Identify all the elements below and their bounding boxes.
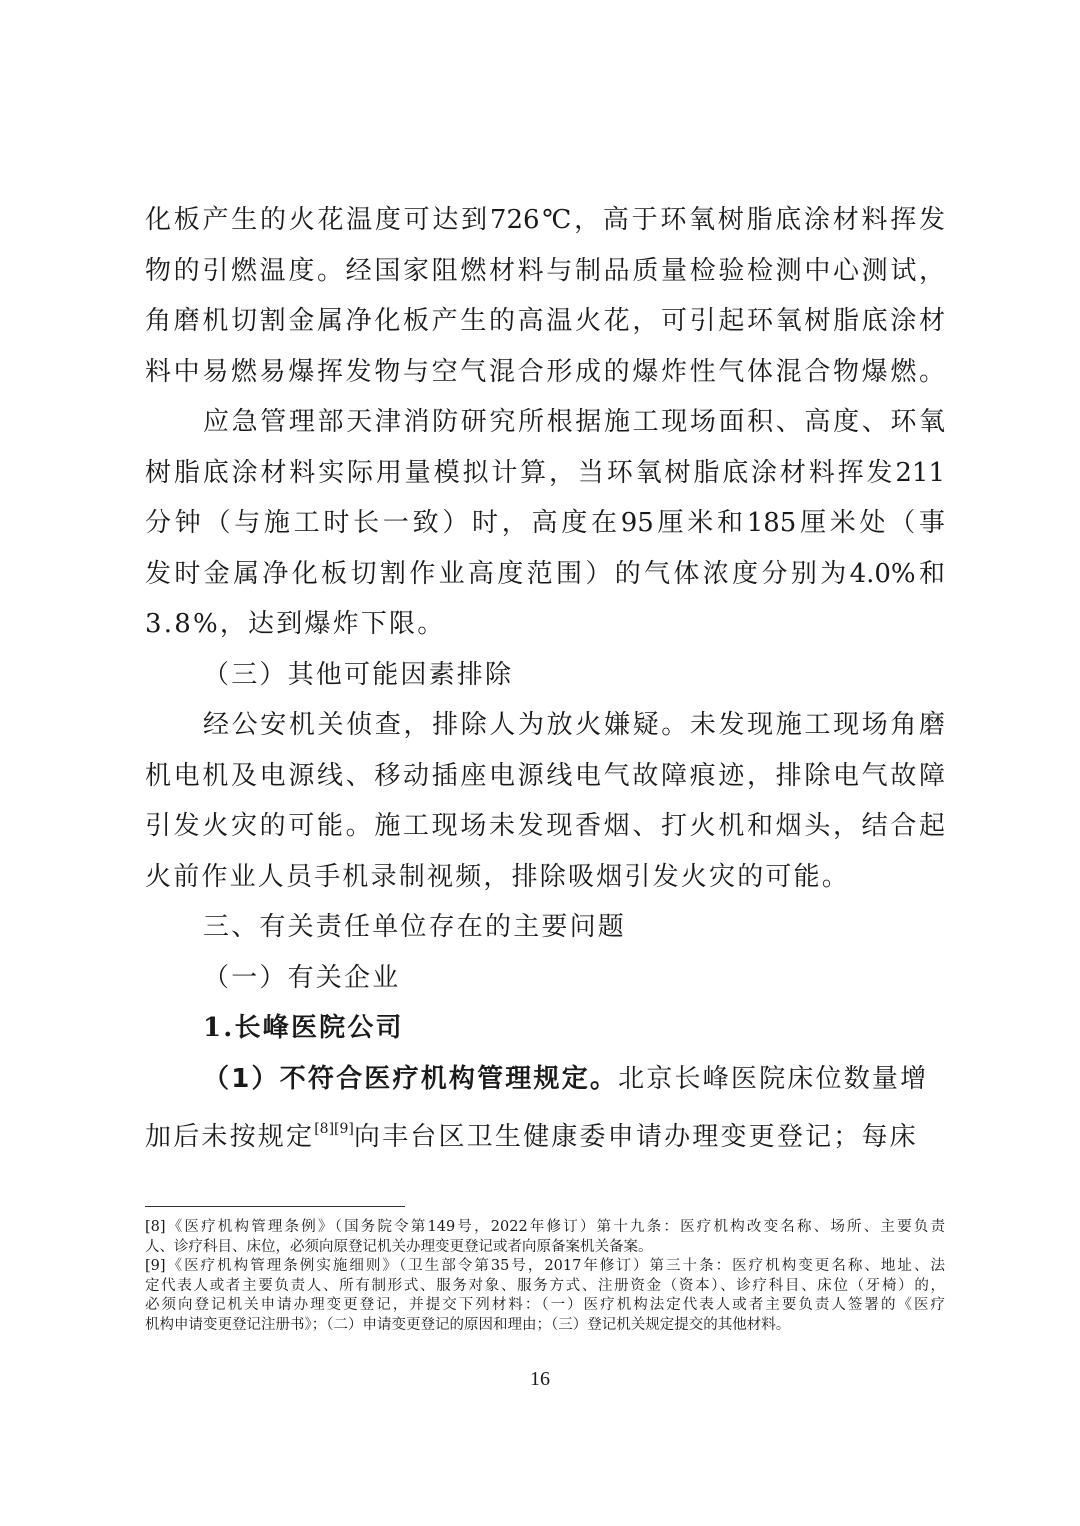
page-number: 16	[0, 1368, 1080, 1391]
footnotes: [8]《医疗机构管理条例》（国务院令第149号，2022年修订）第十九条：医疗机…	[145, 1218, 945, 1335]
item-text: 加后未按规定	[145, 1122, 314, 1152]
item-paragraph-line: 加后未按规定[8][9]向丰台区卫生健康委申请办理变更登记；每床	[145, 1104, 945, 1155]
text-line: 化板产生的火花温度可达到726℃，高于环氧树脂底涂材料挥发	[145, 195, 945, 246]
item-text: 向丰台区卫生健康委申请办理变更登记；每床	[354, 1122, 918, 1152]
text-line: 经公安机关侦查，排除人为放火嫌疑。未发现施工现场角磨	[145, 700, 945, 751]
item-text: 北京长峰医院床位数量增	[618, 1064, 928, 1094]
body-text: 化板产生的火花温度可达到726℃，高于环氧树脂底涂材料挥发 物的引燃温度。经国家…	[145, 195, 945, 1155]
footnote-line: [9]《医疗机构管理条例实施细则》（卫生部令第35号，2017年修订）第三十条：…	[145, 1257, 945, 1277]
text-line: 火前作业人员手机录制视频，排除吸烟引发火灾的可能。	[145, 852, 945, 903]
item-heading: 1.长峰医院公司	[145, 1003, 945, 1054]
text-line: 发时金属净化板切割作业高度范围）的气体浓度分别为4.0%和	[145, 549, 945, 600]
footnote-line: 定代表人或者主要负责人、所有制形式、服务对象、服务方式、注册资金（资本）、诊疗科…	[145, 1277, 945, 1297]
text-line: 应急管理部天津消防研究所根据施工现场面积、高度、环氧	[145, 397, 945, 448]
footnote-reference[interactable]: [8][9]	[314, 1121, 354, 1137]
text-line: 分钟（与施工时长一致）时，高度在95厘米和185厘米处（事	[145, 498, 945, 549]
item-bold-lead: （1）不符合医疗机构管理规定。	[203, 1064, 618, 1094]
text-line: 物的引燃温度。经国家阻燃材料与制品质量检验检测中心测试，	[145, 246, 945, 297]
subheading-other-factors: （三）其他可能因素排除	[145, 650, 945, 701]
text-line: 树脂底涂材料实际用量模拟计算，当环氧树脂底涂材料挥发211	[145, 448, 945, 499]
section-heading: 三、有关责任单位存在的主要问题	[145, 902, 945, 953]
footnote-line: 必须向登记机关申请办理变更登记，并提交下列材料：（一）医疗机构法定代表人或者主要…	[145, 1296, 945, 1316]
footnote-8: [8]《医疗机构管理条例》（国务院令第149号，2022年修订）第十九条：医疗机…	[145, 1218, 945, 1257]
subheading-related-enterprises: （一）有关企业	[145, 953, 945, 1004]
text-line: 角磨机切割金属净化板产生的高温火花，可引起环氧树脂底涂材	[145, 296, 945, 347]
footnote-divider	[145, 1206, 405, 1207]
footnote-line: [8]《医疗机构管理条例》（国务院令第149号，2022年修订）第十九条：医疗机…	[145, 1218, 945, 1238]
text-line: 引发火灾的可能。施工现场未发现香烟、打火机和烟头，结合起	[145, 801, 945, 852]
footnote-9: [9]《医疗机构管理条例实施细则》（卫生部令第35号，2017年修订）第三十条：…	[145, 1257, 945, 1335]
document-page: 化板产生的火花温度可达到726℃，高于环氧树脂底涂材料挥发 物的引燃温度。经国家…	[0, 0, 1080, 1526]
footnote-line: 机构申请变更登记注册书》；（二）申请变更登记的原因和理由；（三）登记机关规定提交…	[145, 1316, 945, 1336]
footnote-line: 人、诊疗科目、床位，必须向原登记机关办理变更登记或者向原备案机关备案。	[145, 1238, 945, 1258]
text-line: 料中易燃易爆挥发物与空气混合形成的爆炸性气体混合物爆燃。	[145, 347, 945, 398]
text-line: 机电机及电源线、移动插座电源线电气故障痕迹，排除电气故障	[145, 751, 945, 802]
item-paragraph-line: （1）不符合医疗机构管理规定。北京长峰医院床位数量增	[145, 1054, 945, 1105]
text-line: 3.8%，达到爆炸下限。	[145, 599, 945, 650]
